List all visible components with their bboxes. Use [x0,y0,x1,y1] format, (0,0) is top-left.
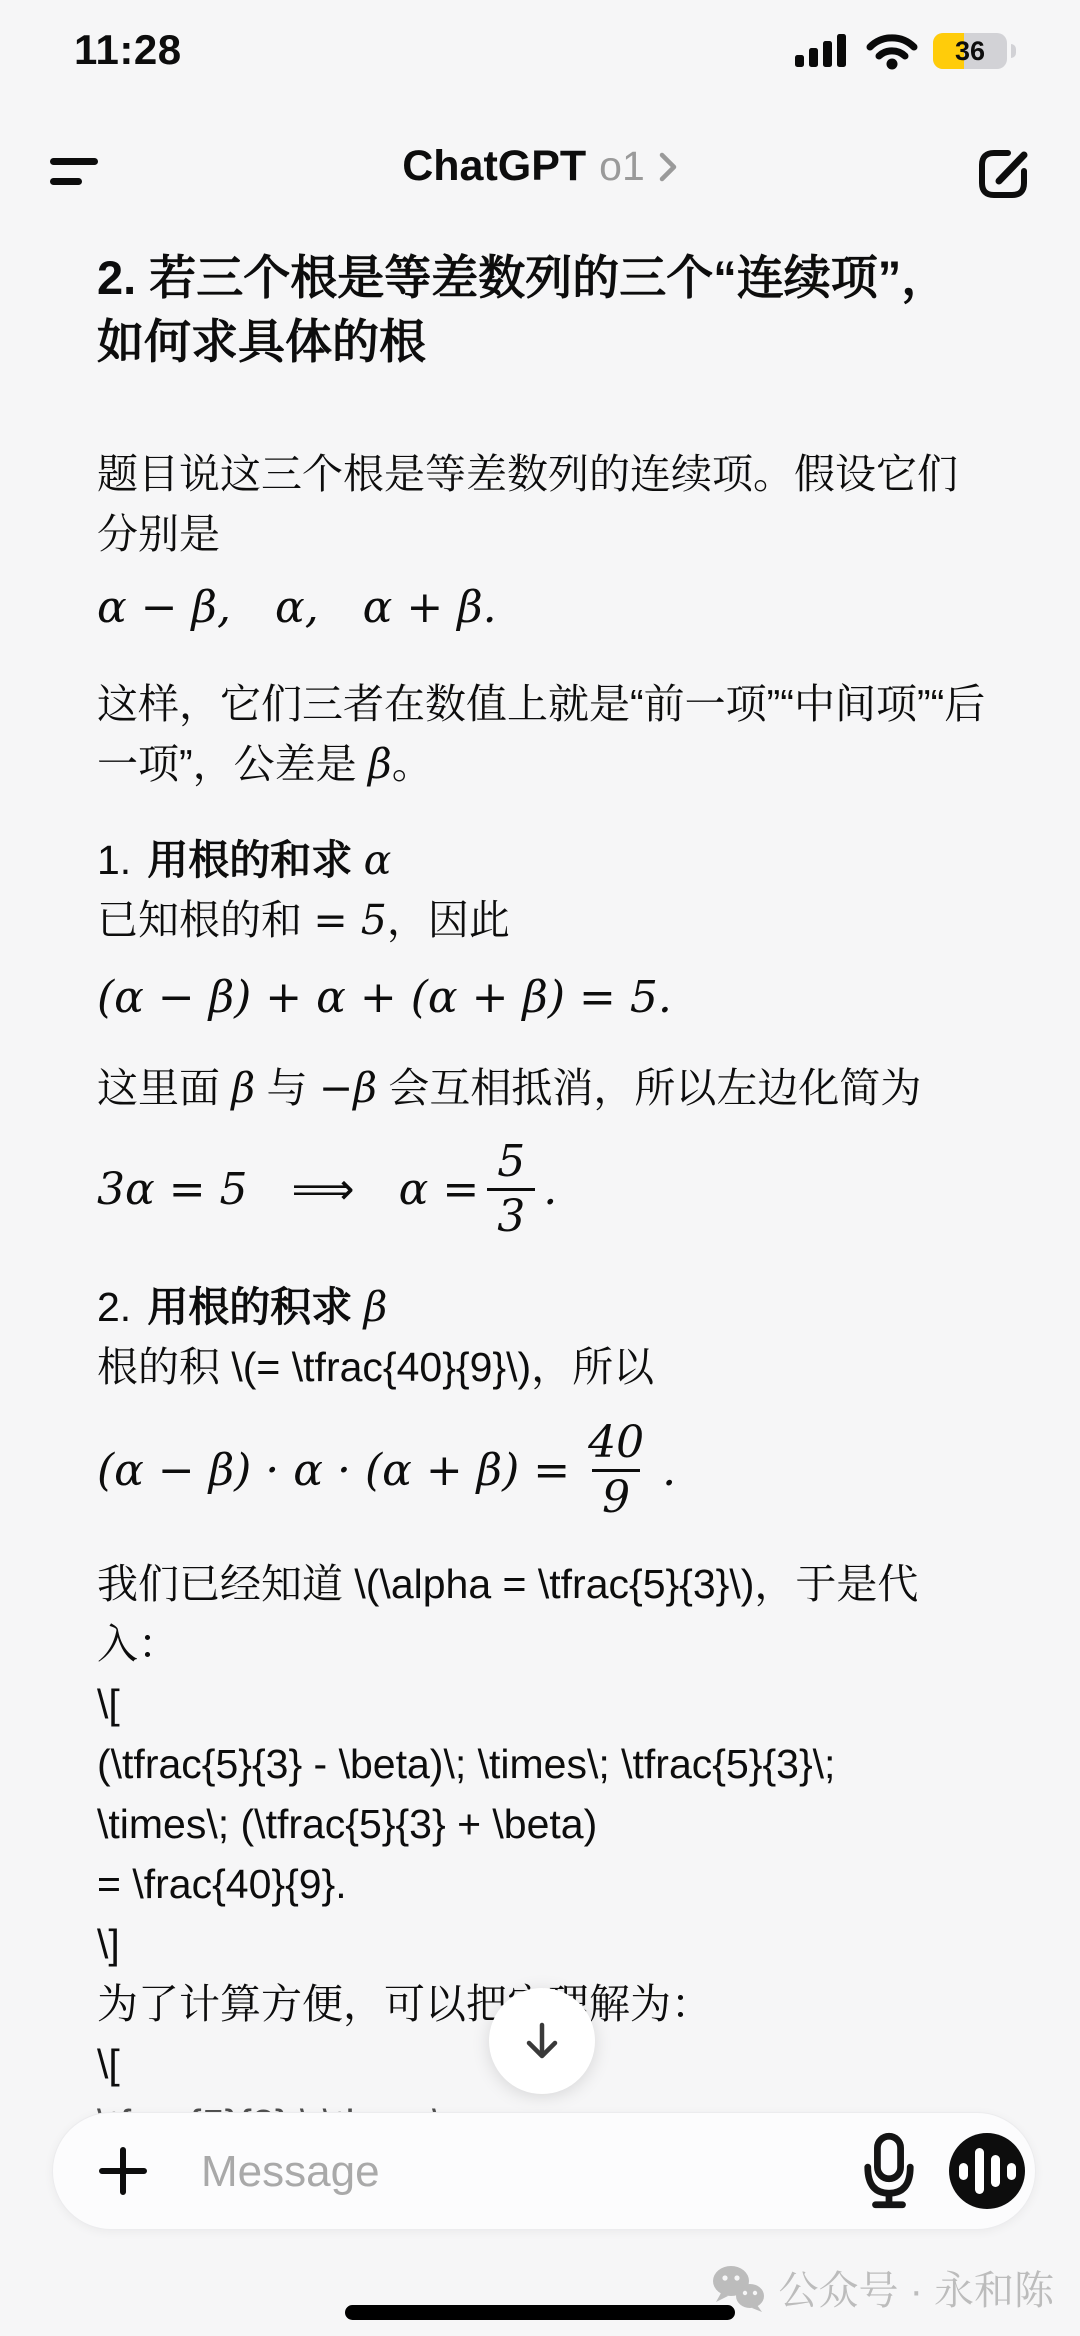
paragraph-cancel: 这里面 β 与 −β 会互相抵消，所以左边化简为 [97,1058,987,1118]
status-bar: 11:28 36 [0,14,1080,80]
attach-button[interactable] [97,2145,149,2197]
assistant-message: 2. 若三个根是等差数列的三个“连续项”，如何求具体的根 题目说这三个根是等差数… [97,246,987,2154]
cellular-signal-icon [795,32,851,70]
math-alpha-solution: 3α = 5 ⟹ α = 5 3 . [97,1138,987,1241]
fraction-5-3: 5 3 [487,1138,535,1241]
implies-arrow: ⟹ [292,1164,355,1216]
plus-icon [97,2145,149,2197]
paragraph-meaning: 这样，它们三者在数值上就是“前一项”“中间项”“后一项”，公差是 β。 [97,674,987,794]
list-item-2: 2. 用根的积求 β [97,1277,987,1337]
message-input-bar[interactable] [52,2112,1036,2230]
arrow-down-icon [519,2018,565,2064]
fraction-40-9: 40 9 [578,1419,654,1522]
paragraph-known: 我们已经知道 \(\alpha = \tfrac{5}{3}\)，于是代入： [97,1554,987,1674]
math-terms: α − β, α, α + β. [97,582,987,634]
wifi-icon [866,32,918,70]
status-time: 11:28 [74,26,182,74]
battery-nub [1011,44,1016,58]
microphone-icon [861,2132,917,2210]
status-icons: 36 [795,32,1016,70]
paragraph-product: 根的积 \(= \tfrac{40}{9}\)，所以 [97,1337,987,1397]
message-input[interactable] [199,2113,763,2231]
math-product-equation: (α − β) · α · (α + β) = 40 9 . [97,1419,987,1522]
app-title: ChatGPT [402,142,586,191]
latex-line: \times\; (\tfrac{5}{3} + \beta) [97,1794,987,1854]
waveform-icon [959,2148,1016,2194]
watermark-text: 公众号 · 永和陈 [778,2259,1054,2316]
model-selector[interactable]: ChatGPT o1 [0,142,1080,191]
latex-line: (\tfrac{5}{3} - \beta)\; \times\; \tfrac… [97,1734,987,1794]
list-number: 1. [97,830,131,890]
inline-math-alpha: α [364,836,392,884]
latex-line: \] [97,1914,987,1974]
latex-line: \[ [97,1674,987,1734]
watermark: 公众号 · 永和陈 [710,2259,1054,2316]
compose-icon [972,142,1036,206]
app-header: ChatGPT o1 [0,134,1080,224]
battery-percent: 36 [955,36,985,67]
new-chat-button[interactable] [972,142,1036,206]
inline-math-eq5: = 5 [313,896,386,944]
section-heading: 2. 若三个根是等差数列的三个“连续项”，如何求具体的根 [97,246,987,374]
paragraph-sum: 已知根的和 = 5，因此 [97,890,987,950]
dictation-button[interactable] [861,2132,917,2210]
voice-mode-button[interactable] [949,2133,1025,2209]
latex-line: = \frac{40}{9}. [97,1854,987,1914]
chevron-right-icon [658,150,678,184]
paragraph-intro: 题目说这三个根是等差数列的连续项。假设它们分别是 [97,444,987,564]
model-name: o1 [599,143,645,190]
inline-math-beta2: β [364,1283,388,1331]
list-item-1: 1. 用根的和求 α [97,830,987,890]
wechat-icon [710,2264,766,2312]
list-number: 2. [97,1277,131,1337]
home-indicator[interactable] [345,2305,735,2320]
composer-area: 公众号 · 永和陈 [0,2094,1080,2336]
inline-math-beta: β [368,740,392,788]
math-sum-equation: (α − β) + α + (α + β) = 5. [97,972,987,1024]
battery-icon: 36 [933,33,1007,69]
scroll-to-bottom-button[interactable] [489,1988,595,2094]
